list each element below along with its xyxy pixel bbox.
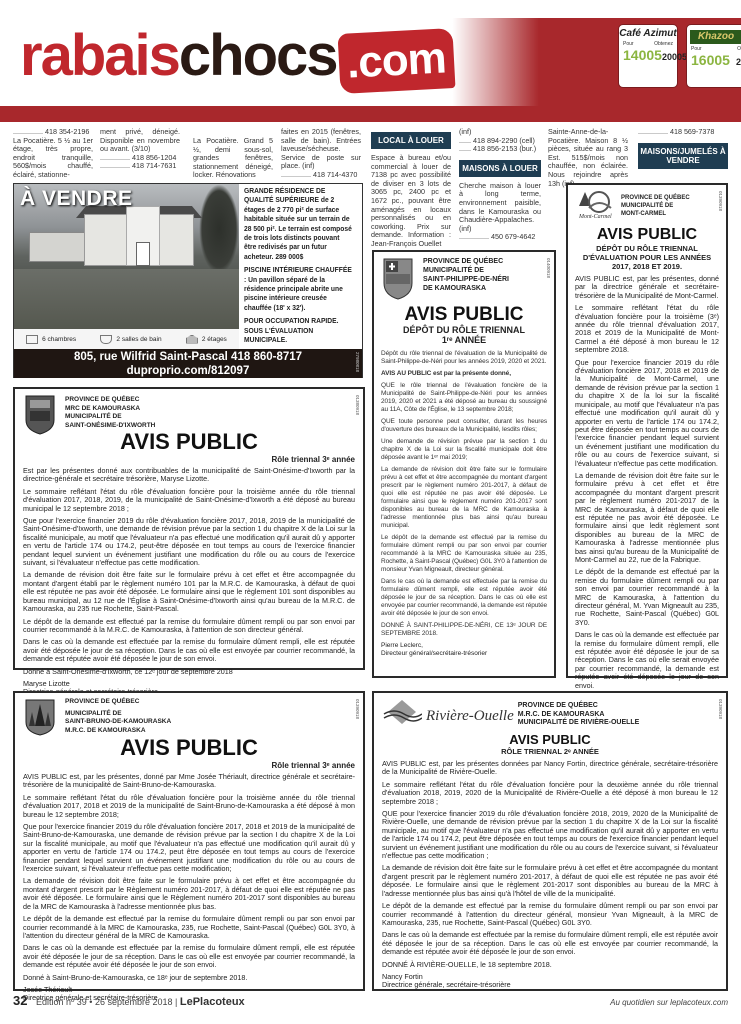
classified-text: faites en 2015 (fenêtres, salle de bain)…	[281, 128, 361, 171]
notice-paragraph: La demande de révision doit être faite s…	[23, 571, 355, 613]
avis-public-title: AVIS PUBLIC	[23, 430, 355, 454]
header-line: MUNICIPALITÉ DE	[65, 413, 155, 422]
notice-subtitle: DÉPÔT DU RÔLE TRIENNAL D'ÉVALUATION POUR…	[575, 244, 719, 271]
classified-col-4: faites en 2015 (fenêtres, salle de bain)…	[281, 128, 361, 180]
house-description: GRANDE RÉSIDENCE DE QUALITÉ SUPÉRIEURE d…	[244, 186, 353, 349]
classified-phone: ............... 418 714-4370	[281, 171, 361, 180]
notice-paragraph: Le sommaire reflétant l'état du rôle d'é…	[575, 304, 719, 354]
header-line: MUNICIPALITÉ DE RIVIÈRE-OUELLE	[518, 719, 640, 728]
notice-saint-philippe: 01400918 PROVINCE DE QUÉBEC MUNICIPALITÉ…	[372, 250, 556, 678]
header-line: M.R.C. DE KAMOURASKA	[65, 727, 171, 736]
lawn-graphic	[14, 269, 239, 329]
classified-text: ment privé, déneigé. Disponible en novem…	[100, 128, 180, 154]
coupon-cafe-azimut[interactable]: Café Azimut PourObtenez 1400520005	[618, 24, 678, 88]
classified-col-8: ............... 418 569-7378 MAISONS/JUM…	[638, 128, 728, 174]
notice-paragraph: Est par les présentes donné aux contribu…	[23, 467, 355, 484]
header-line: M.R.C. DE KAMOURASKA	[518, 711, 640, 720]
section-head-local-a-louer: LOCAL À LOUER	[371, 132, 451, 149]
header-line: PROVINCE DE QUÉBEC	[423, 257, 509, 266]
notice-header: PROVINCE DE QUÉBEC MUNICIPALITÉ DE SAINT…	[23, 698, 355, 736]
header-line: MONT-CARMEL	[621, 210, 690, 218]
house-description-pool: PISCINE INTÉRIEURE CHAUFFÉE : Un pavillo…	[244, 265, 353, 312]
coupon-brand: Café Azimut	[619, 29, 677, 39]
municipal-crest-icon	[23, 394, 57, 436]
notice-paragraph: Dans le cas où la demande est effectuée …	[382, 931, 718, 956]
coupon-obtenez-price: 20005	[662, 52, 687, 62]
avis-public-title: AVIS PUBLIC	[381, 304, 547, 325]
banner-bar	[0, 106, 741, 122]
header-line: MRC DE KAMOURASKA	[65, 405, 155, 414]
notice-paragraph: Que pour l'exercice financier 2019 du rô…	[575, 359, 719, 468]
notice-date: DONNÉ À RIVIÈRE-OUELLE, le 18 septembre …	[382, 961, 718, 969]
classified-col-3: La Pocatière. Grand 5 ½, demi sous-sol, …	[193, 137, 273, 180]
ad-id: 01380918	[355, 395, 360, 415]
coupon-brand: Khazoo	[690, 30, 741, 44]
house-address-phone: 805, rue Wilfrid Saint-Pascal 418 860-87…	[14, 350, 362, 364]
classified-col-2: ment privé, déneigé. Disponible en novem…	[100, 128, 180, 171]
ad-id: 01390918	[718, 191, 723, 211]
notice-paragraph: Le sommaire reflétant l'état du rôle d'é…	[382, 781, 718, 806]
riviere-ouelle-logo-text: Rivière-Ouelle	[426, 708, 514, 725]
coupon-obtenez-price: 2	[736, 57, 741, 67]
notice-paragraph: Le dépôt de la demande est effectué par …	[23, 618, 355, 635]
footer-tagline[interactable]: Au quotidien sur leplacoteux.com	[610, 998, 728, 1007]
house-wing-graphic	[29, 232, 89, 262]
header-line: MUNICIPALITÉ DE	[423, 266, 509, 275]
header-line: SAINT-PHILIPPE-DE-NÉRI	[423, 275, 509, 284]
bathtub-icon	[100, 335, 112, 344]
edition-info: Édition nº 39 • 26 septembre 2018 |	[36, 997, 177, 1007]
notice-date: DONNÉ À SAINT-PHILIPPE-DE-NÉRI, CE 13ᵉ J…	[381, 622, 547, 638]
signature-name: Pierre Leclerc,	[381, 642, 547, 650]
notice-riviere-ouelle: 01390918 Rivière-Ouelle PROVINCE DE QUÉB…	[372, 691, 728, 991]
mont-carmel-logo-icon: Mont-Carmel	[575, 190, 613, 220]
feature-floors: 2 étages	[186, 335, 227, 344]
notice-header: Mont-Carmel PROVINCE DE QUÉBEC MUNICIPAL…	[575, 190, 719, 220]
house-door-graphic	[136, 242, 150, 266]
notice-saint-bruno: 01390918 PROVINCE DE QUÉBEC MUNICIPALITÉ…	[13, 691, 365, 991]
ad-id: 01390918	[718, 699, 723, 719]
notice-subtitle: Rôle triennal 3ᵉ année	[23, 455, 355, 464]
section-head-maisons-a-louer: MAISONS À LOUER	[459, 160, 541, 177]
header-line: MUNICIPALITÉ DE	[621, 202, 690, 210]
coupon-pour-price: 16005	[691, 52, 730, 68]
coupon-obtenez-label: O	[737, 46, 741, 52]
house-photo: À VENDRE	[14, 184, 239, 329]
svg-text:Mont-Carmel: Mont-Carmel	[578, 214, 612, 220]
avis-public-title: AVIS PUBLIC	[23, 736, 355, 760]
bed-icon	[26, 335, 38, 344]
classified-phone: ............... 450 679-4642	[459, 233, 541, 242]
notice-paragraph: La demande de révision doit être faite s…	[382, 864, 718, 898]
header-line: PROVINCE DE QUÉBEC	[65, 396, 155, 405]
notice-subtitle: RÔLE TRIENNAL 2ᵉ ANNÉE	[382, 747, 718, 757]
house-description-occupation: POUR OCCUPATION RAPIDE. SOUS L'ÉVALUATIO…	[244, 316, 353, 344]
notice-saint-onesime: 01380918 PROVINCE DE QUÉBEC MRC DE KAMOU…	[13, 387, 365, 670]
notice-header: Rivière-Ouelle PROVINCE DE QUÉBEC M.R.C.…	[382, 698, 718, 728]
notice-paragraph: Dans le cas où la demande est effectuée …	[381, 578, 547, 618]
a-vendre-title: À VENDRE	[20, 187, 133, 211]
notice-paragraph: La demande de révision doit être faite s…	[575, 472, 719, 564]
notice-date: Donné à Saint-Bruno-de-Kamouraska, ce 18…	[23, 974, 355, 982]
classified-col-6: (inf) ...... 418 894-2290 (cell) ...... …	[459, 128, 541, 242]
notice-subtitle: Rôle triennal 3ᵉ année	[23, 761, 355, 770]
classified-phone: ...... 418 856-2153 (bur.)	[459, 145, 541, 154]
header-line: PROVINCE DE QUÉBEC	[65, 698, 171, 707]
logo-part-chocs: chocs	[179, 23, 337, 88]
signature-title: Directeur général/secrétaire-trésorier	[381, 650, 547, 658]
notice-paragraph: QUE toute personne peut consulter, duran…	[381, 418, 547, 434]
header-line: SAINT-BRUNO-DE-KAMOURASKA	[65, 718, 171, 727]
avis-public-title: AVIS PUBLIC	[382, 732, 718, 747]
notice-paragraph: Dans le cas où la demande est effectuée …	[23, 638, 355, 663]
avis-public-title: AVIS PUBLIC	[575, 226, 719, 244]
rabaischocs-logo[interactable]: rabaischocs.com	[20, 26, 453, 91]
section-head-maisons-jumeles-a-vendre: MAISONS/JUMELÉS À VENDRE	[638, 143, 728, 169]
duproprio-link[interactable]: duproprio.com/812097	[14, 364, 362, 378]
notice-paragraph: Le sommaire reflétant l'état du rôle d'é…	[23, 794, 355, 819]
notice-paragraph: Une demande de révision prévue par la se…	[381, 438, 547, 462]
footer-left: 32 Édition nº 39 • 26 septembre 2018 | L…	[13, 993, 245, 1008]
feature-bathrooms: 2 salles de bain	[100, 335, 161, 344]
coupon-pour-price: 14005	[623, 47, 662, 63]
house-icon	[186, 335, 198, 344]
notice-paragraph: Dans le cas où la demande est effectuée …	[575, 631, 719, 690]
paper-name: LePlacoteux	[180, 996, 245, 1008]
notice-paragraph: AVIS PUBLIC est, par les présentes, donn…	[23, 773, 355, 790]
house-contact-bar: 805, rue Wilfrid Saint-Pascal 418 860-87…	[14, 349, 362, 378]
notice-paragraph: QUE pour l'exercice financier 2019 du rô…	[382, 810, 718, 860]
notice-paragraph: Le dépôt de la demande est effectué par …	[382, 902, 718, 927]
notice-paragraph: Que pour l'exercice financier 2019 du rô…	[23, 823, 355, 873]
notice-subtitle: DÉPÔT DU RÔLE TRIENNAL	[381, 325, 547, 335]
classified-col-5: LOCAL À LOUER Espace à bureau et/ou comm…	[371, 126, 451, 249]
notice-paragraph: La demande de révision doit être faite s…	[381, 466, 547, 530]
ad-id: 01400918	[546, 258, 551, 278]
classified-text: La Pocatière. Grand 5 ½, demi sous-sol, …	[193, 137, 273, 180]
house-for-sale-ad[interactable]: À VENDRE GRANDE RÉSIDENCE DE QUALITÉ SUP…	[13, 183, 363, 378]
riviere-ouelle-logo-icon	[382, 698, 422, 728]
classified-text: La Pocatière. 5 ½ au 1er étage, très pro…	[13, 137, 93, 180]
classified-col-1: ............... 418 354-2196 La Pocatièr…	[13, 128, 93, 180]
classified-text: Sainte-Anne-de-la-Pocatière. Maison 8 ½ …	[548, 128, 628, 188]
notice-paragraph: Dans le cas où la demande est effectuée …	[23, 944, 355, 969]
notice-paragraph: Le dépôt de la demande est effectué par …	[575, 568, 719, 627]
notice-paragraph: Dépôt du rôle triennal de l'évaluation d…	[381, 350, 547, 366]
notice-paragraph: AVIS AU PUBLIC est par la présente donné…	[381, 370, 547, 378]
classified-text: Cherche maison à louer à long terme, env…	[459, 182, 541, 234]
notice-paragraph: AVIS PUBLIC est, par les présentes, donn…	[575, 275, 719, 300]
notice-paragraph: La demande de révision doit être faite s…	[23, 877, 355, 911]
classified-phone: ............... 418 569-7378	[638, 128, 728, 137]
logo-part-com: .com	[337, 28, 455, 94]
notice-header: PROVINCE DE QUÉBEC MUNICIPALITÉ DE SAINT…	[381, 257, 547, 301]
coupon-khazoo[interactable]: Khazoo PourO 160052	[686, 24, 741, 88]
tree-graphic	[199, 184, 239, 274]
notice-date: Donné à Saint-Onésime-d'Ixworth, ce 12ᵉ …	[23, 668, 355, 676]
rabaischocs-banner[interactable]: rabaischocs.com Café Azimut PourObtenez …	[0, 0, 741, 118]
notice-mont-carmel: 01390918 Mont-Carmel PROVINCE DE QUÉBEC …	[566, 183, 728, 678]
house-description-main: GRANDE RÉSIDENCE DE QUALITÉ SUPÉRIEURE d…	[244, 186, 353, 261]
page-number: 32	[13, 993, 27, 1008]
logo-part-rabais: rabais	[20, 23, 179, 88]
signature-title: Directrice générale, secrétaire-trésoriè…	[382, 981, 718, 989]
notice-paragraph: AVIS PUBLIC est, par les présentes donné…	[382, 760, 718, 777]
notice-paragraph: Le dépôt de la demande est effectué par …	[381, 534, 547, 574]
ad-id: 01390918	[355, 699, 360, 719]
header-line: PROVINCE DE QUÉBEC	[518, 702, 640, 711]
header-line: DE KAMOURASKA	[423, 284, 509, 293]
municipal-crest-icon	[23, 698, 57, 736]
classified-col-7: Sainte-Anne-de-la-Pocatière. Maison 8 ½ …	[548, 128, 628, 188]
house-features: 6 chambres 2 salles de bain 2 étages	[14, 329, 239, 349]
notice-paragraph: Que pour l'exercice financier 2019 du rô…	[23, 517, 355, 567]
header-line: PROVINCE DE QUÉBEC	[621, 194, 690, 202]
header-line: MUNICIPALITÉ DE	[65, 710, 171, 719]
page-footer: 32 Édition nº 39 • 26 septembre 2018 | L…	[13, 993, 728, 1008]
feature-bedrooms: 6 chambres	[26, 335, 76, 344]
notice-paragraph: Le sommaire reflétant l'état du rôle d'é…	[23, 488, 355, 513]
classified-phone: ............... 418 714-7631	[100, 162, 180, 171]
municipal-crest-icon	[381, 257, 415, 301]
notice-paragraph: QUE le rôle triennal de l'évaluation fon…	[381, 382, 547, 414]
notice-subtitle-year: 1ʳᵉ ANNÉE	[381, 335, 547, 345]
classified-text: Espace à bureau et/ou commercial à louer…	[371, 154, 451, 249]
notice-paragraph: Le dépôt de la demande est effectué par …	[23, 915, 355, 940]
ad-id: 27980818	[355, 352, 360, 372]
